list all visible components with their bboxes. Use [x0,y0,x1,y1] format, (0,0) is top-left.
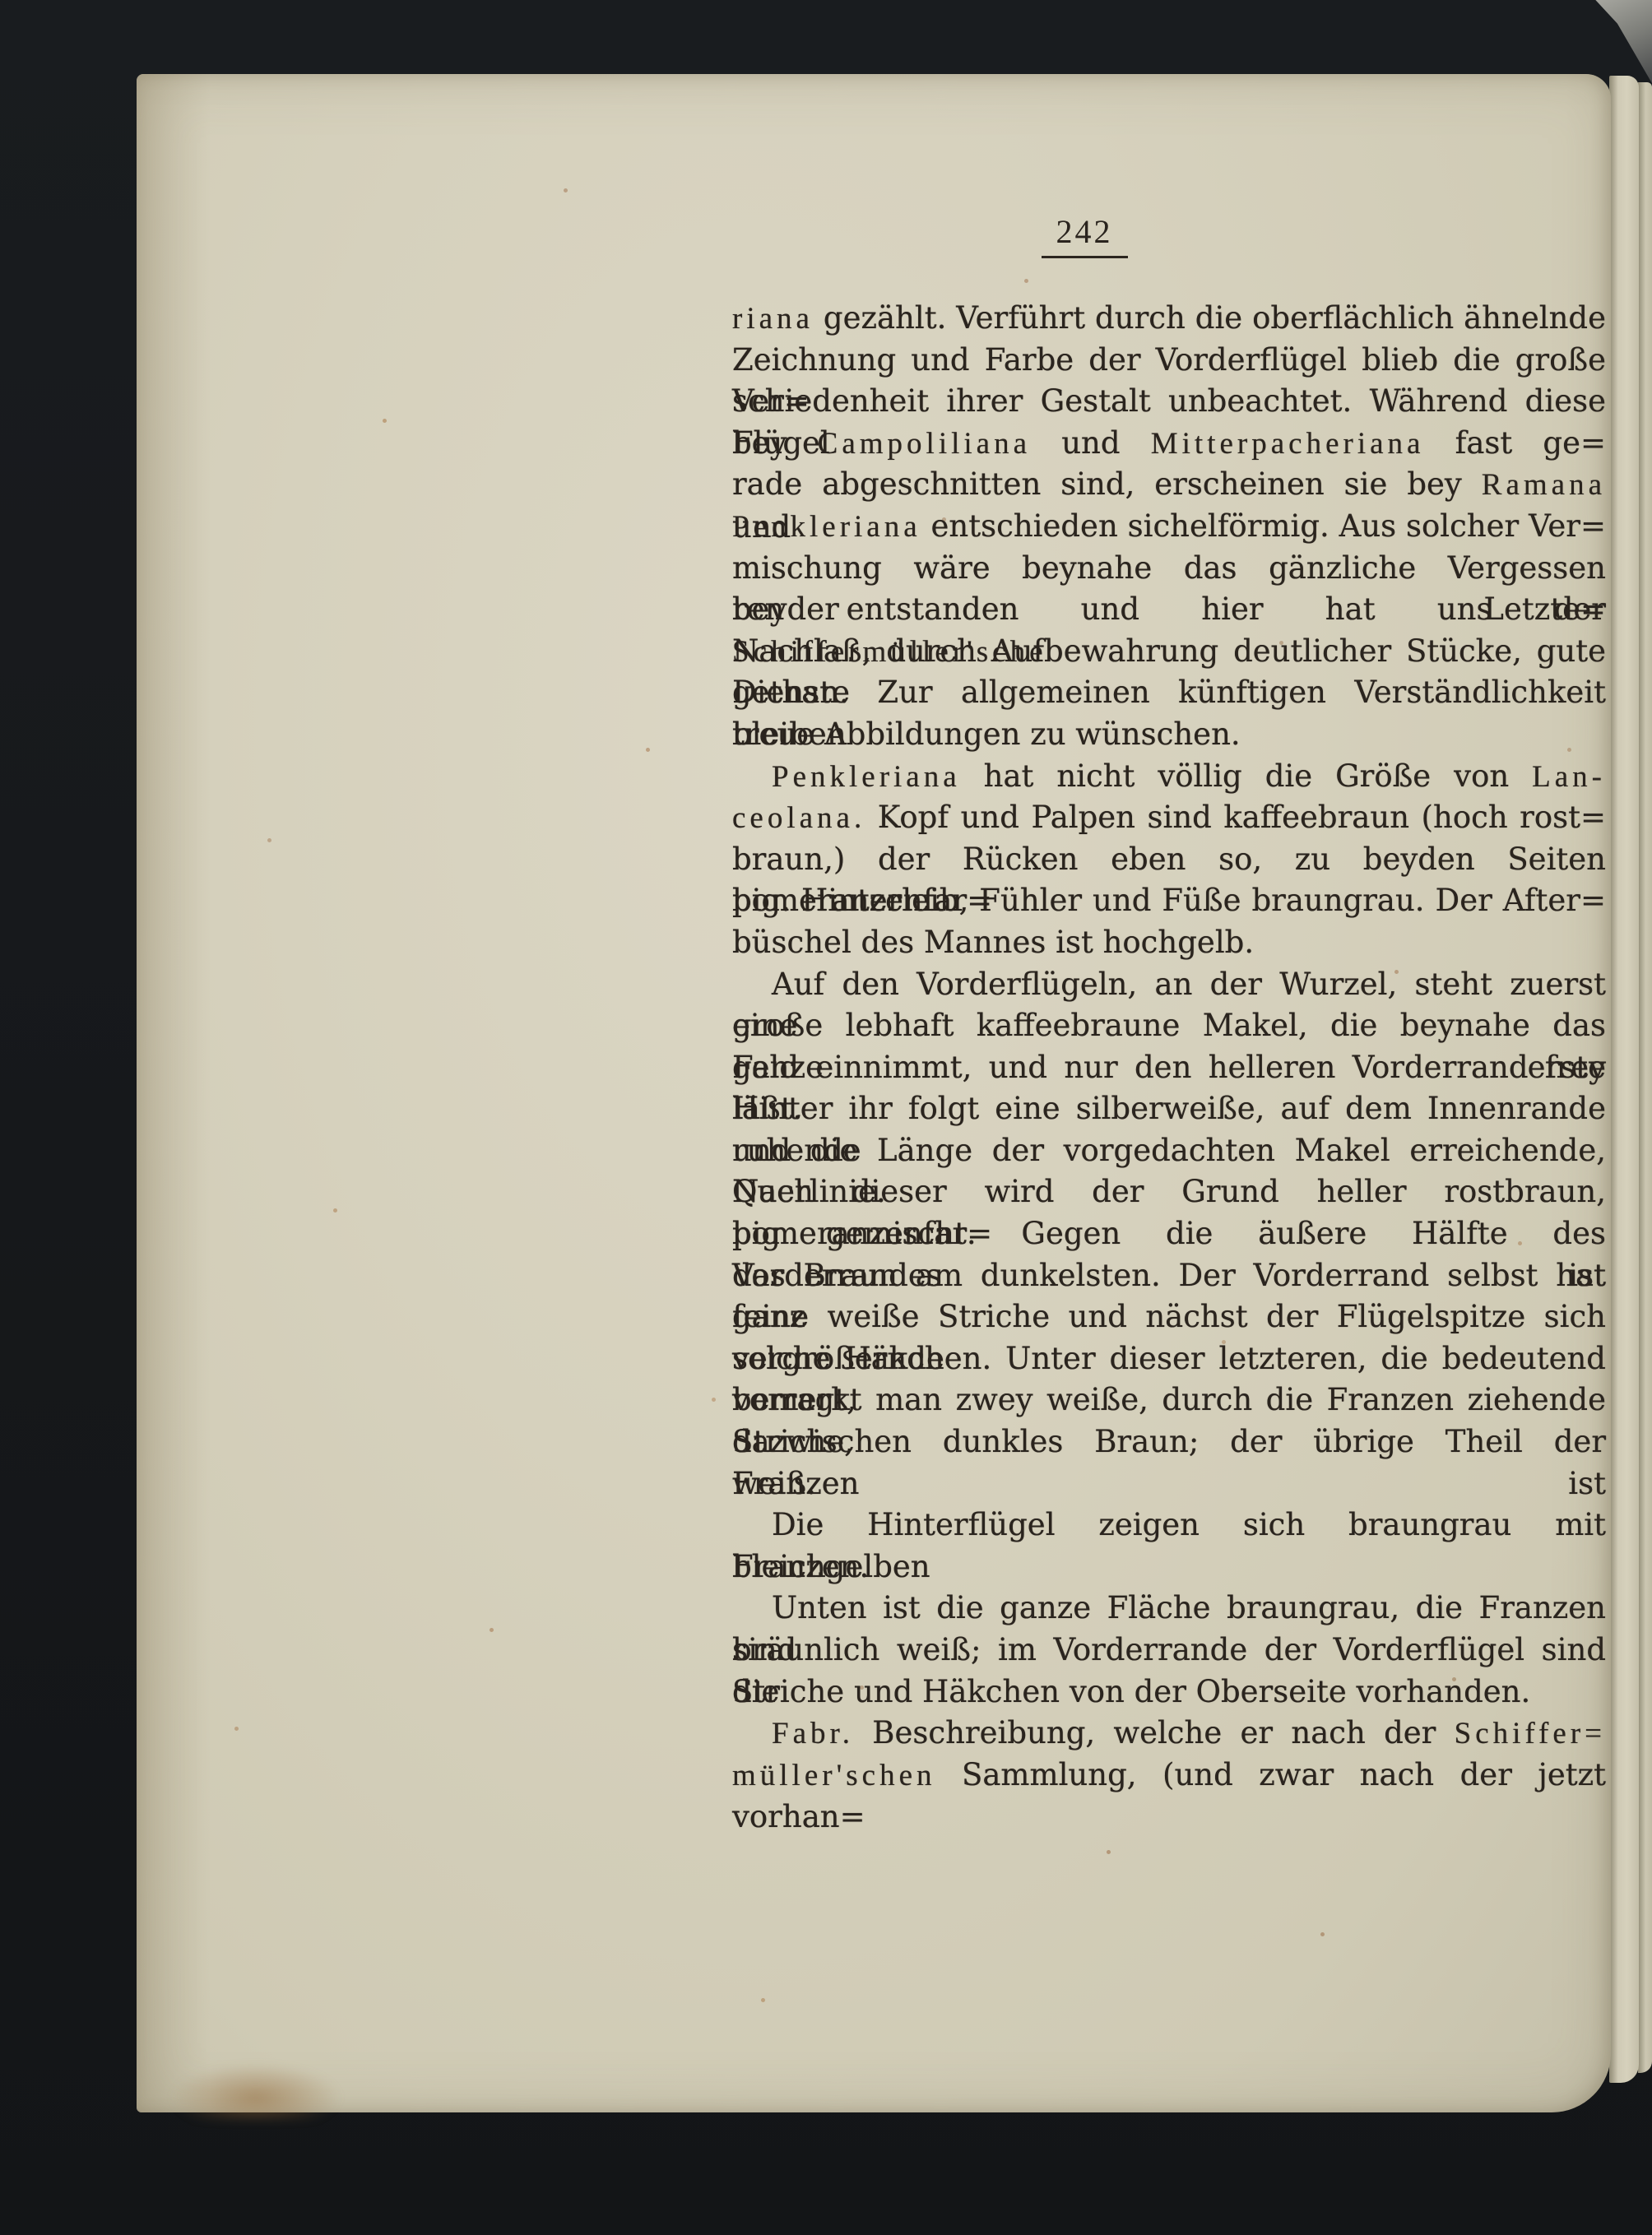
text-line: ren entstanden und hier hat uns der Schi… [732,589,1606,631]
text-line: Die Hinterflügel zeigen sich braungrau m… [732,1505,1606,1546]
antiqua-text-segment: müller'schen [732,1759,936,1792]
scanned-book-photo: 242 riana gezählt. Verführt durch die ob… [0,0,1652,2235]
text-line: das Braun am dunkelsten. Der Vorderrand … [732,1255,1606,1297]
fraktur-text-segment: Striche und Häkchen von der Oberseite vo… [732,1674,1530,1709]
fraktur-text-segment: Kopf und Palpen sind kaffeebraun (hoch r… [865,800,1606,835]
text-line: bemerkt man zwey weiße, durch die Franze… [732,1379,1606,1421]
text-line: gethan. Zur allgemeinen künftigen Verstä… [732,672,1606,714]
antiqua-text-segment: Campoliliana [818,427,1031,461]
text-line: dazwischen dunkles Braun; der übrige The… [732,1421,1606,1463]
antiqua-text-segment: Fabr. [772,1717,854,1750]
text-line: Zeichnung und Farbe der Vorderflügel bli… [732,340,1606,382]
text-line: Nach dieser wird der Grund heller rostbr… [732,1171,1606,1213]
text-line: Penkleriana hat nicht völlig die Größe v… [732,756,1606,798]
text-line: Penkleriana entschieden sichelförmig. Au… [732,506,1606,548]
text-line: Feld einnimmt, und nur den helleren Vord… [732,1047,1606,1089]
text-line: große lebhaft kaffeebraune Makel, die be… [732,1005,1606,1047]
underlying-page-edge [1638,82,1652,2073]
text-line: rade abgeschnitten sind, erscheinen sie … [732,464,1606,506]
text-line: big. Hinterleib, Fühler und Füße braungr… [732,880,1606,922]
antiqua-text-segment: Penkleriana [772,760,961,794]
text-column: riana gezählt. Verführt durch die oberfl… [732,298,1606,1796]
page-number: 242 [994,212,1175,258]
text-line: schiedenheit ihrer Gestalt unbeachtet. W… [732,381,1606,423]
fraktur-text-segment: Beschreibung, welche er nach der [854,1715,1455,1750]
antiqua-text-segment: ceolana. [732,801,865,835]
text-line: Franzen. [732,1546,1606,1588]
antiqua-text-segment: Schiffer= [1455,1717,1606,1750]
text-line: müller'schen Sammlung, (und zwar nach de… [732,1755,1606,1797]
antiqua-text-segment: Lan- [1532,760,1606,794]
fraktur-text-segment: fast ge= [1424,425,1606,461]
text-line: braun,) der Rücken eben so, zu beyden Se… [732,839,1606,881]
corner-stain [169,2063,342,2121]
antiqua-text-segment: Mitterpacheriana [1151,427,1425,461]
paper-speckles [137,74,139,77]
text-line: ceolana. Kopf und Palpen sind kaffeebrau… [732,797,1606,839]
text-line: solche Häkchen. Unter dieser letzteren, … [732,1338,1606,1380]
fraktur-text-segment: rade abgeschnitten sind, erscheinen sie … [732,466,1482,502]
text-line: big gemischt. Gegen die äußere Hälfte de… [732,1213,1606,1255]
text-line: feine weiße Striche und nächst der Flüge… [732,1296,1606,1338]
text-line: Hinter ihr folgt eine silberweiße, auf d… [732,1088,1606,1130]
fraktur-text-segment: und [1031,425,1151,461]
text-line: Nachlaß, durch Aufbewahrung deutlicher S… [732,631,1606,673]
fraktur-text-segment: hat nicht völlig die Größe von [961,758,1532,794]
text-line: mischung wäre beynahe das gänzliche Verg… [732,548,1606,590]
adjacent-page-edge [1609,76,1639,2083]
fraktur-text-segment: ren entstanden und hier hat uns der [732,591,1606,627]
fraktur-text-segment: bey [732,425,818,461]
text-line: Striche und Häkchen von der Oberseite vo… [732,1672,1606,1713]
fraktur-text-segment: büschel des Mannes ist hochgelb. [732,925,1254,960]
fraktur-text-segment: big. Hinterleib, Fühler und Füße braungr… [732,883,1606,918]
text-line: Unten ist die ganze Fläche braungrau, di… [732,1588,1606,1630]
text-line: und die Länge der vorgedachten Makel err… [732,1130,1606,1172]
fraktur-text-segment: Franzen. [732,1549,869,1584]
page-number-text: 242 [1042,212,1128,258]
fraktur-text-segment: gezählt. Verführt durch die oberflächlic… [814,300,1606,336]
text-line: büschel des Mannes ist hochgelb. [732,922,1606,964]
text-line: treue Abbildungen zu wünschen. [732,714,1606,756]
antiqua-text-segment: Penkleriana [732,510,921,544]
antiqua-text-segment: riana [732,302,814,336]
fraktur-text-segment: weiß. [732,1466,816,1501]
text-line: Auf den Vorderflügeln, an der Wurzel, st… [732,964,1606,1006]
text-line: bräunlich weiß; im Vorderrande der Vorde… [732,1630,1606,1672]
fraktur-text-segment: treue Abbildungen zu wünschen. [732,716,1241,752]
text-line: Fabr. Beschreibung, welche er nach der S… [732,1713,1606,1755]
antiqua-text-segment: Ramana [1482,468,1606,502]
fraktur-text-segment: entschieden sichelförmig. Aus solcher Ve… [921,508,1606,544]
text-line: riana gezählt. Verführt durch die oberfl… [732,298,1606,340]
fraktur-text-segment: dazwischen dunkles Braun; der übrige The… [732,1424,1606,1501]
book-page: 242 riana gezählt. Verführt durch die ob… [137,74,1611,2112]
text-line: bey Campoliliana und Mitterpacheriana fa… [732,423,1606,465]
